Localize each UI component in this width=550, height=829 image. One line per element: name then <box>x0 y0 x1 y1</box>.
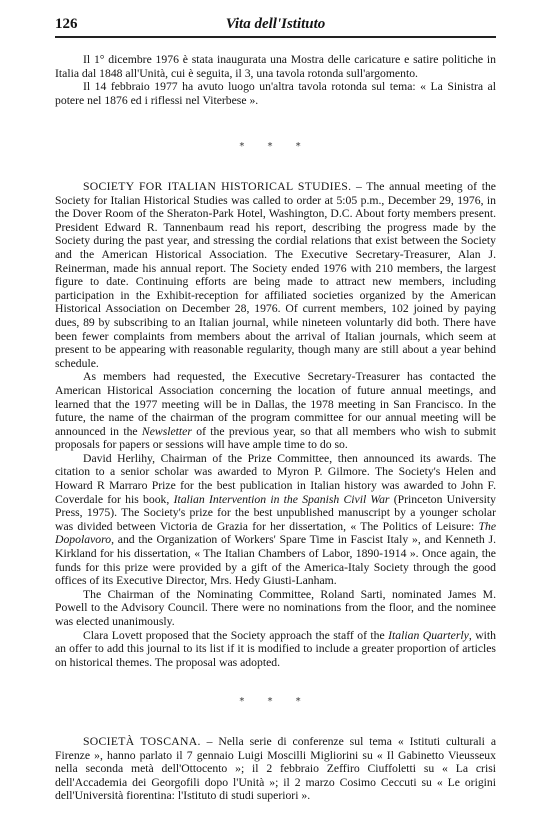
section-society-italian-historical-studies: SOCIETY FOR ITALIAN HISTORICAL STUDIES. … <box>55 180 496 669</box>
header-rule <box>55 36 496 38</box>
italic-title: Newsletter <box>142 425 192 438</box>
paragraph: SOCIETÀ TOSCANA. – Nella serie di confer… <box>55 735 496 803</box>
paragraph: David Herlihy, Chairman of the Prize Com… <box>55 452 496 588</box>
paragraph: SOCIETY FOR ITALIAN HISTORICAL STUDIES. … <box>55 180 496 370</box>
running-title: Vita dell'Istituto <box>55 16 496 33</box>
paragraph: As members had requested, the Executive … <box>55 370 496 452</box>
italic-title: Italian Quarterly <box>388 629 469 642</box>
paragraph: Il 1° dicembre 1976 è stata inaugurata u… <box>55 53 496 80</box>
section-viterbo: Il 1° dicembre 1976 è stata inaugurata u… <box>55 53 496 107</box>
section-separator: * * * <box>0 696 550 707</box>
paragraph: Il 14 febbraio 1977 ha avuto luogo un'al… <box>55 80 496 107</box>
running-header: 126 Vita dell'Istituto <box>55 14 496 34</box>
document-page: 126 Vita dell'Istituto Il 1° dicembre 19… <box>0 0 550 829</box>
paragraph: Clara Lovett proposed that the Society a… <box>55 629 496 670</box>
paragraph: The Chairman of the Nominating Committee… <box>55 588 496 629</box>
section-heading: SOCIETÀ TOSCANA. <box>83 735 201 748</box>
section-societa-toscana: SOCIETÀ TOSCANA. – Nella serie di confer… <box>55 735 496 803</box>
italic-title: Italian Intervention in the Spanish Civi… <box>174 493 390 506</box>
section-separator: * * * <box>0 141 550 152</box>
section-heading: SOCIETY FOR ITALIAN HISTORICAL STUDIES. <box>83 180 351 193</box>
